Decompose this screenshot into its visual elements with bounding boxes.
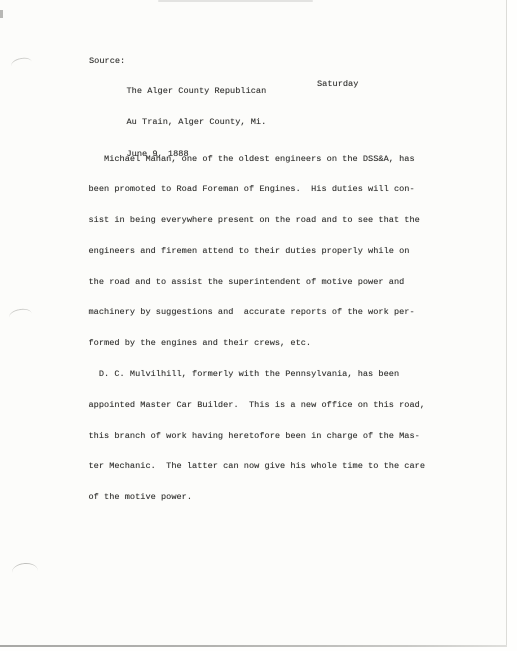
scan-background [0, 647, 517, 651]
article-line: the road and to assist the superintenden… [89, 277, 426, 288]
source-publication: The Alger County Republican [127, 86, 267, 97]
source-location: Au Train, Alger County, Mi. [127, 117, 267, 128]
article-line: ter Mechanic. The latter can now give hi… [89, 461, 426, 472]
article-line: sist in being everywhere present on the … [89, 215, 426, 226]
scan-mark-left-edge [0, 10, 3, 18]
pencil-mark-middle [8, 307, 33, 324]
scan-smudge-top [158, 0, 313, 2]
scanned-page: Source: The Alger County Republican Au T… [0, 0, 517, 650]
right-margin-strip [507, 0, 517, 650]
article-line: Michael Mahan, one of the oldest enginee… [89, 154, 426, 165]
article-line: D. C. Mulvilhill, formerly with the Penn… [89, 369, 426, 380]
article-line: this branch of work having heretofore be… [89, 431, 426, 442]
article-line: engineers and firemen attend to their du… [89, 246, 426, 257]
source-label: Source: [89, 56, 125, 67]
pencil-mark-bottom [11, 562, 38, 581]
pencil-mark-top [10, 56, 33, 72]
article-line: been promoted to Road Foreman of Engines… [89, 184, 426, 195]
article-line: of the motive power. [89, 492, 426, 503]
article-line: machinery by suggestions and accurate re… [89, 307, 426, 318]
page-right-edge [506, 0, 507, 646]
article-text: Michael Mahan, one of the oldest enginee… [89, 134, 426, 523]
article-line: appointed Master Car Builder. This is a … [89, 400, 426, 411]
article-line: formed by the engines and their crews, e… [89, 338, 426, 349]
weekday-label: Saturday [317, 79, 358, 90]
